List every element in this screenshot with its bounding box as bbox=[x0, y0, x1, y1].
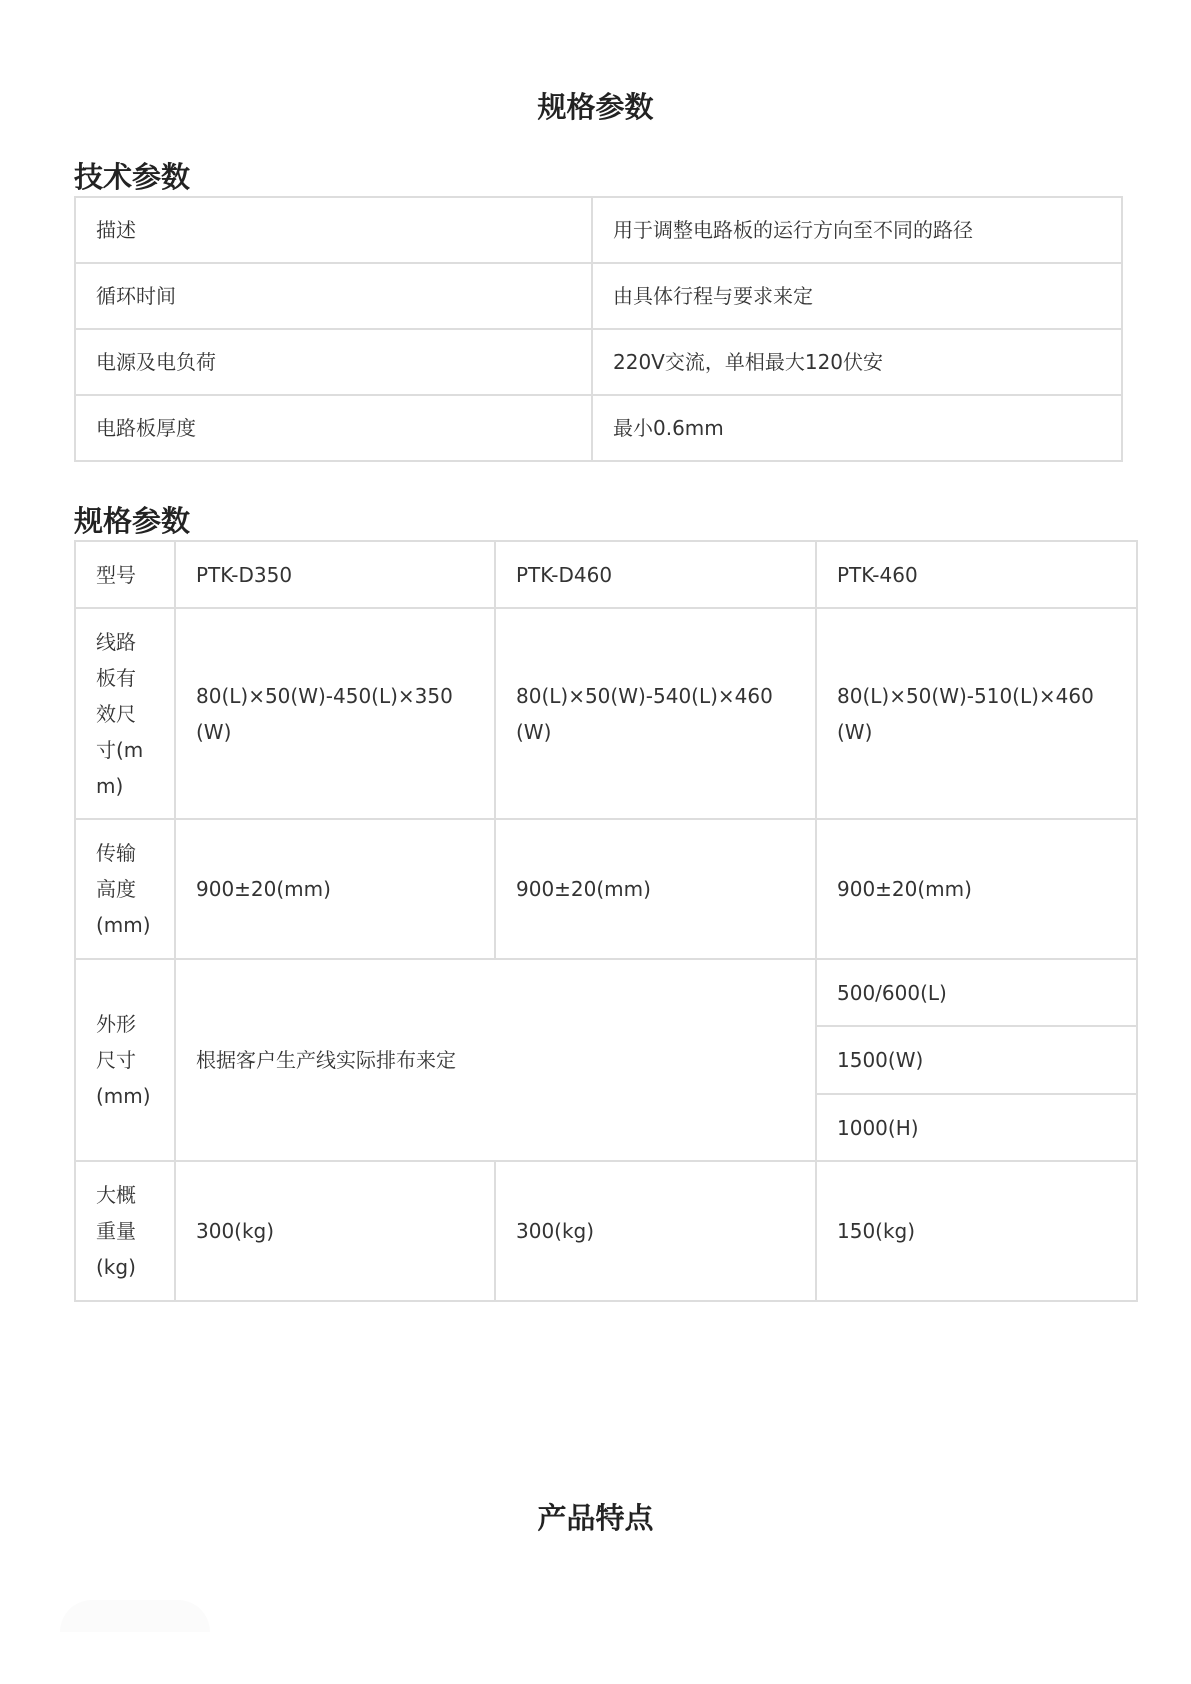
spec-params-table: 型号 PTK-D350 PTK-D460 PTK-460 线路板有效尺寸(mm)… bbox=[74, 540, 1138, 1302]
tech-value-power: 220V交流，单相最大120伏安 bbox=[592, 329, 1122, 395]
table-row: 电源及电负荷 220V交流，单相最大120伏安 bbox=[75, 329, 1122, 395]
outer-size-width: 1500(W) bbox=[816, 1026, 1137, 1094]
product-features-title: 产品特点 bbox=[0, 1500, 1191, 1536]
model-ptk-d350: PTK-D350 bbox=[175, 541, 495, 608]
tech-value-board-thickness: 最小0.6mm bbox=[592, 395, 1122, 461]
board-size-ptk-460: 80(L)×50(W)-510(L)×460(W) bbox=[816, 608, 1137, 819]
spec-params-heading: 规格参数 bbox=[74, 503, 190, 539]
outer-size-length: 500/600(L) bbox=[816, 959, 1137, 1026]
weight-ptk-460: 150(kg) bbox=[816, 1161, 1137, 1301]
tech-params-table: 描述 用于调整电路板的运行方向至不同的路径 循环时间 由具体行程与要求来定 电源… bbox=[74, 196, 1123, 462]
tech-label-cycle-time: 循环时间 bbox=[75, 263, 592, 329]
tech-value-description: 用于调整电路板的运行方向至不同的路径 bbox=[592, 197, 1122, 263]
board-size-ptk-d460: 80(L)×50(W)-540(L)×460(W) bbox=[495, 608, 816, 819]
spec-label-weight: 大概重量(kg) bbox=[75, 1161, 175, 1301]
transport-height-ptk-d350: 900±20(mm) bbox=[175, 819, 495, 959]
spec-label-board-size: 线路板有效尺寸(mm) bbox=[75, 608, 175, 819]
table-row: 传输高度(mm) 900±20(mm) 900±20(mm) 900±20(mm… bbox=[75, 819, 1137, 959]
table-row: 电路板厚度 最小0.6mm bbox=[75, 395, 1122, 461]
table-row: 循环时间 由具体行程与要求来定 bbox=[75, 263, 1122, 329]
board-size-ptk-d350: 80(L)×50(W)-450(L)×350(W) bbox=[175, 608, 495, 819]
outer-size-merged: 根据客户生产线实际排布来定 bbox=[175, 959, 816, 1161]
spec-label-transport-height: 传输高度(mm) bbox=[75, 819, 175, 959]
table-row: 大概重量(kg) 300(kg) 300(kg) 150(kg) bbox=[75, 1161, 1137, 1301]
model-ptk-d460: PTK-D460 bbox=[495, 541, 816, 608]
outer-size-height: 1000(H) bbox=[816, 1094, 1137, 1161]
table-row: 型号 PTK-D350 PTK-D460 PTK-460 bbox=[75, 541, 1137, 608]
tech-params-heading: 技术参数 bbox=[74, 159, 190, 195]
weight-ptk-d460: 300(kg) bbox=[495, 1161, 816, 1301]
tech-label-power: 电源及电负荷 bbox=[75, 329, 592, 395]
table-row: 线路板有效尺寸(mm) 80(L)×50(W)-450(L)×350(W) 80… bbox=[75, 608, 1137, 819]
tech-value-cycle-time: 由具体行程与要求来定 bbox=[592, 263, 1122, 329]
transport-height-ptk-460: 900±20(mm) bbox=[816, 819, 1137, 959]
faded-decoration bbox=[60, 1600, 210, 1632]
model-ptk-460: PTK-460 bbox=[816, 541, 1137, 608]
tech-label-board-thickness: 电路板厚度 bbox=[75, 395, 592, 461]
table-row: 外形尺寸(mm) 根据客户生产线实际排布来定 500/600(L) bbox=[75, 959, 1137, 1026]
table-row: 描述 用于调整电路板的运行方向至不同的路径 bbox=[75, 197, 1122, 263]
spec-label-outer-size: 外形尺寸(mm) bbox=[75, 959, 175, 1161]
transport-height-ptk-d460: 900±20(mm) bbox=[495, 819, 816, 959]
page-title-specs: 规格参数 bbox=[0, 89, 1191, 125]
weight-ptk-d350: 300(kg) bbox=[175, 1161, 495, 1301]
tech-label-description: 描述 bbox=[75, 197, 592, 263]
spec-label-model: 型号 bbox=[75, 541, 175, 608]
